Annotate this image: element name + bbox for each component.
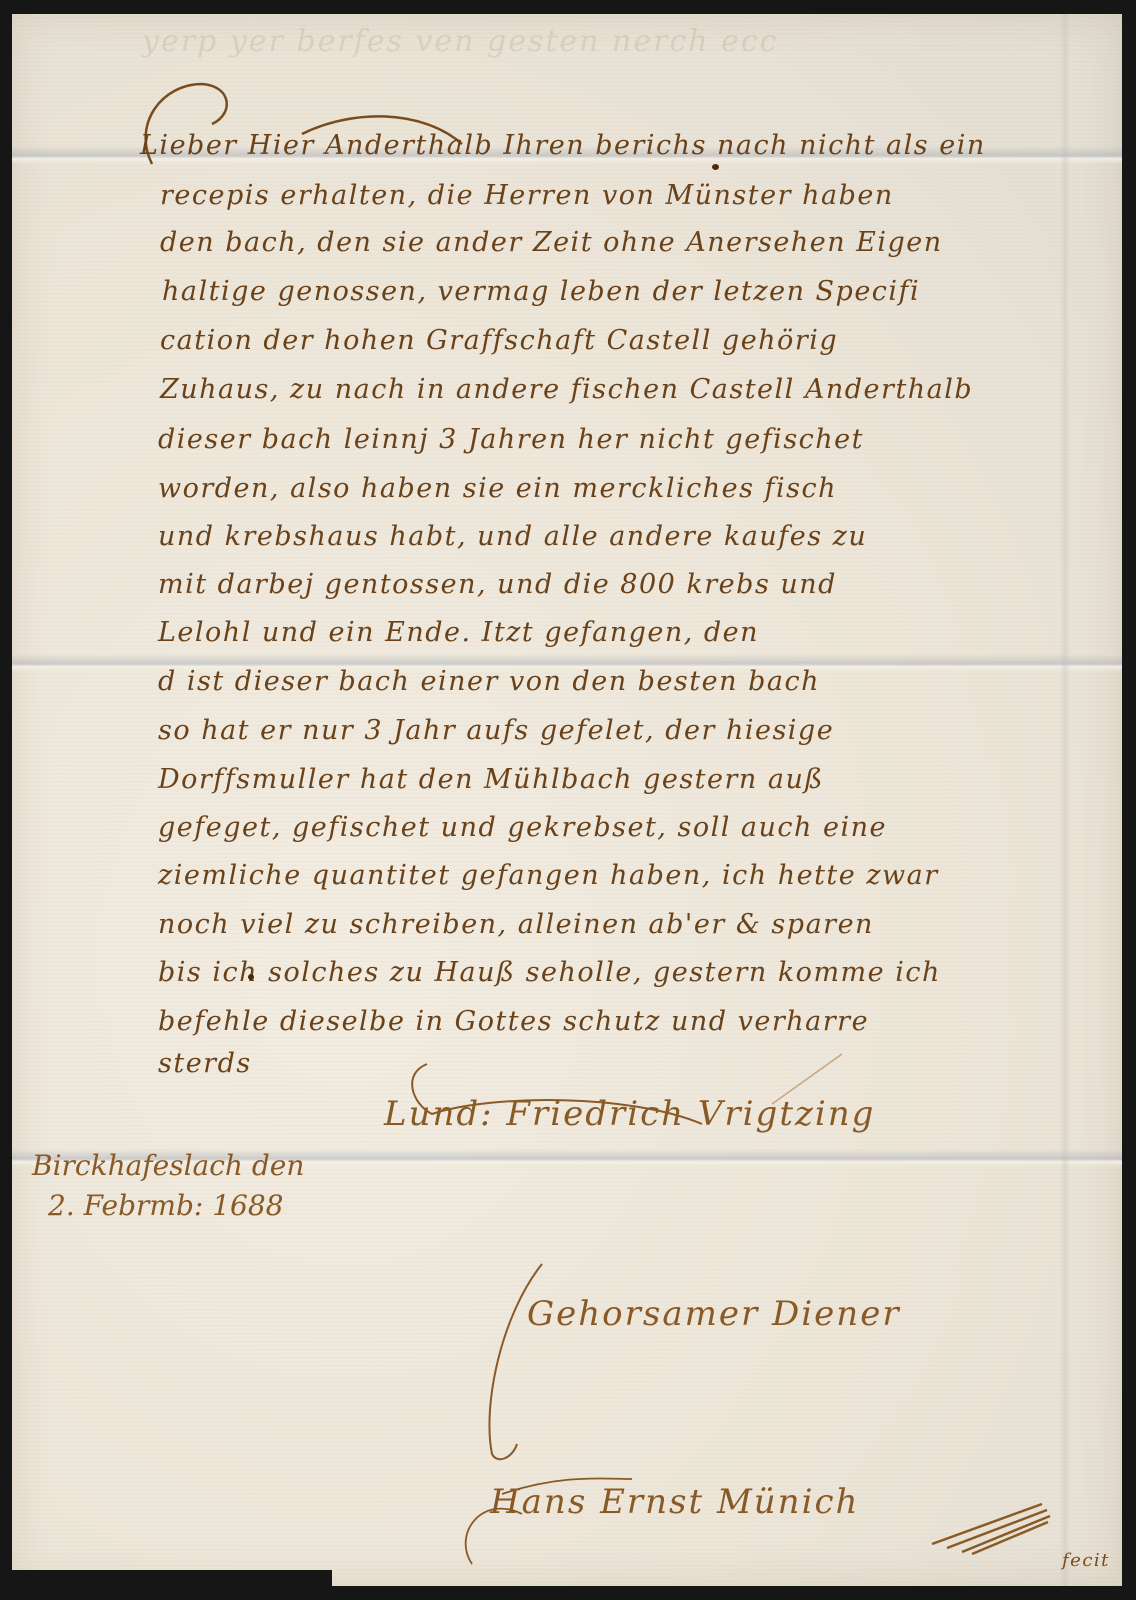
letter-line: Dorffsmuller hat den Mühlbach gestern au… [158, 764, 824, 795]
letter-line: gefeget, gefischet und gekrebset, soll a… [158, 812, 887, 843]
place-line: Birckhafeslach den [32, 1149, 304, 1182]
letter-line: haltige genossen, vermag leben der letze… [162, 276, 920, 307]
letter-line: sterds [158, 1048, 252, 1079]
ink-blot [248, 974, 254, 980]
letter-line: so hat er nur 3 Jahr aufs gefelet, der h… [158, 715, 834, 746]
valediction-flourish [472, 1254, 592, 1474]
signature-suffix: fecit [1062, 1550, 1110, 1571]
letter-line: Lelohl und ein Ende. Itzt gefangen, den [158, 617, 759, 648]
letter-line: dieser bach leinnj 3 Jahren her nicht ge… [158, 424, 864, 455]
letter-line: recepis erhalten, die Herren von Münster… [160, 180, 894, 211]
letter-sheet: yerp yer berfes ven gesten nerch ecc Lie… [12, 14, 1122, 1586]
signature-paraph [922, 1484, 1062, 1564]
letter-line: befehle dieselbe in Gottes schutz und ve… [158, 1006, 869, 1037]
fold-line-vertical [1060, 14, 1070, 1586]
letter-line: den bach, den sie ander Zeit ohne Anerse… [160, 227, 943, 258]
letter-line: ziemliche quantitet gefangen haben, ich … [158, 860, 939, 891]
letter-line: Lieber Hier Anderthalb Ihren berichs nac… [140, 130, 986, 161]
bleed-through-text: yerp yer berfes ven gesten nerch ecc [142, 24, 778, 59]
letter-line: d ist dieser bach einer von den besten b… [158, 666, 820, 697]
scan-background [12, 1570, 332, 1600]
signature-second: Hans Ernst Münich [490, 1482, 859, 1522]
letter-line: noch viel zu schreiben, alleinen ab'er &… [158, 909, 874, 940]
letter-line: Zuhaus, zu nach in andere fischen Castel… [160, 374, 973, 405]
letter-line: worden, also haben sie ein merckliches f… [158, 473, 837, 504]
date-line: 2. Febrmb: 1688 [48, 1189, 283, 1222]
letter-line: mit darbej gentossen, und die 800 krebs … [158, 569, 837, 600]
letter-line: bis ich solches zu Hauß seholle, gestern… [158, 957, 941, 988]
ink-blot [712, 164, 719, 170]
valediction: Gehorsamer Diener [527, 1294, 901, 1334]
letter-line: cation der hohen Graffschaft Castell geh… [160, 325, 838, 356]
signature-main: Lund: Friedrich Vrigtzing [384, 1094, 875, 1134]
letter-line: und krebshaus habt, und alle andere kauf… [158, 521, 867, 552]
initial-flourish [122, 64, 262, 184]
